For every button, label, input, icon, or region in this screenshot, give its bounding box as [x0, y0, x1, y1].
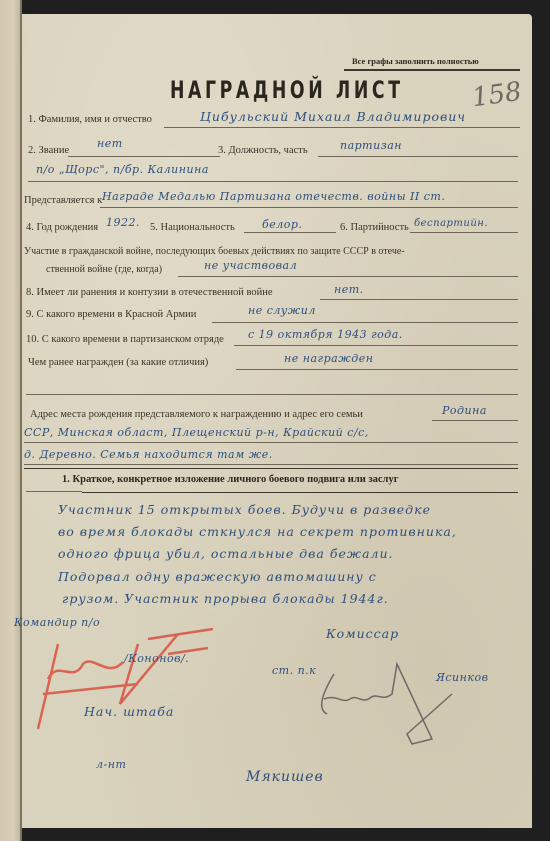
address-value-line3: д. Деревно. Семья находится там же.	[24, 448, 273, 461]
merit-line: грузом. Участник прорыва блокады 1944г.	[62, 591, 389, 606]
line	[82, 492, 518, 493]
partisan-value: с 19 октября 1943 года.	[248, 328, 403, 341]
commander-name: /Кононов/.	[124, 652, 189, 665]
section-1-heading: 1. Краткое, конкретное изложение личного…	[62, 474, 398, 485]
wounds-label: 8. Имеет ли ранения и контузии в отечест…	[26, 287, 272, 298]
name-label: 1. Фамилия, имя и отчество	[28, 114, 152, 125]
line	[26, 491, 82, 492]
civil-war-label-cont: ственной войне (где, когда)	[46, 264, 162, 275]
civil-war-value: не участвовал	[204, 259, 297, 272]
page-title: НАГРАДНОЙ ЛИСТ	[170, 76, 404, 104]
commissar-name: Ясинков	[436, 671, 488, 684]
chief-of-staff-title: Нач. штаба	[84, 704, 174, 719]
party-label: 6. Партийность	[340, 222, 409, 233]
line	[68, 156, 220, 157]
red-army-value: не служил	[248, 304, 316, 317]
page-number: 158	[470, 77, 523, 114]
previous-awards-label: Чем ранее награжден (за какие отличия)	[28, 357, 208, 368]
line	[236, 369, 518, 370]
adjacent-page-edge	[0, 0, 22, 841]
red-army-label: 9. С какого времени в Красной Армии	[26, 309, 196, 320]
commissar-title: Комиссар	[326, 626, 399, 641]
address-value-line2: ССР, Минская област, Плещенский р-н, Кра…	[24, 426, 369, 439]
line	[244, 232, 336, 233]
line	[212, 322, 518, 323]
rank-value: нет	[97, 137, 123, 150]
commissar-pencil-signature	[312, 654, 462, 754]
line	[28, 181, 518, 182]
line	[24, 442, 518, 443]
line	[100, 207, 518, 208]
award-value: Награде Медалью Партизана отечеств. войн…	[102, 190, 445, 203]
chief-of-staff-name: Мякишев	[246, 769, 324, 785]
merit-line: Подорвал одну вражескую автомашину с	[58, 569, 377, 584]
award-sheet: Все графы заполнить полностью НАГРАДНОЙ …	[22, 14, 532, 828]
wounds-value: нет.	[334, 283, 364, 296]
line	[234, 345, 518, 346]
position-label: 3. Должность, часть	[218, 145, 308, 156]
partisan-label: 10. С какого времени в партизанском отря…	[26, 334, 224, 345]
line	[178, 276, 518, 277]
line	[24, 464, 518, 465]
nationality-value: белор.	[262, 218, 302, 231]
line	[432, 420, 518, 421]
unit-value: п/о „Щорс", п/бр. Калинина	[36, 163, 209, 176]
line	[318, 156, 518, 157]
line	[24, 468, 518, 469]
merit-line: одного фрица убил, остальные два бежали.	[58, 546, 394, 561]
line	[320, 299, 518, 300]
chief-of-staff-rank: л-нт	[96, 758, 126, 771]
instruction-underline	[344, 69, 520, 71]
name-value: Цибульский Михаил Владимирович	[200, 109, 466, 124]
line	[410, 232, 518, 233]
birth-year-value: 1922.	[106, 216, 140, 229]
civil-war-label: Участие в гражданской войне, последующих…	[24, 246, 405, 257]
position-value: партизан	[340, 139, 402, 152]
birth-year-label: 4. Год рождения	[26, 222, 98, 233]
line	[164, 127, 520, 128]
address-label: Адрес места рождения представляемого к н…	[30, 409, 363, 420]
merit-line: во время блокады сткнулся на секрет прот…	[58, 524, 457, 539]
previous-awards-value: не награжден	[284, 352, 373, 365]
commissar-rank: ст. п.к	[272, 664, 316, 677]
merit-line: Участник 15 открытых боев. Будучи в разв…	[58, 502, 431, 517]
line	[26, 394, 518, 395]
party-value: беспартийн.	[414, 218, 488, 229]
fill-instruction: Все графы заполнить полностью	[352, 56, 479, 66]
rank-label: 2. Звание	[28, 145, 69, 156]
award-label: Представляется к	[24, 195, 102, 206]
nationality-label: 5. Национальность	[150, 222, 235, 233]
address-value-line1: Родина	[442, 404, 487, 417]
